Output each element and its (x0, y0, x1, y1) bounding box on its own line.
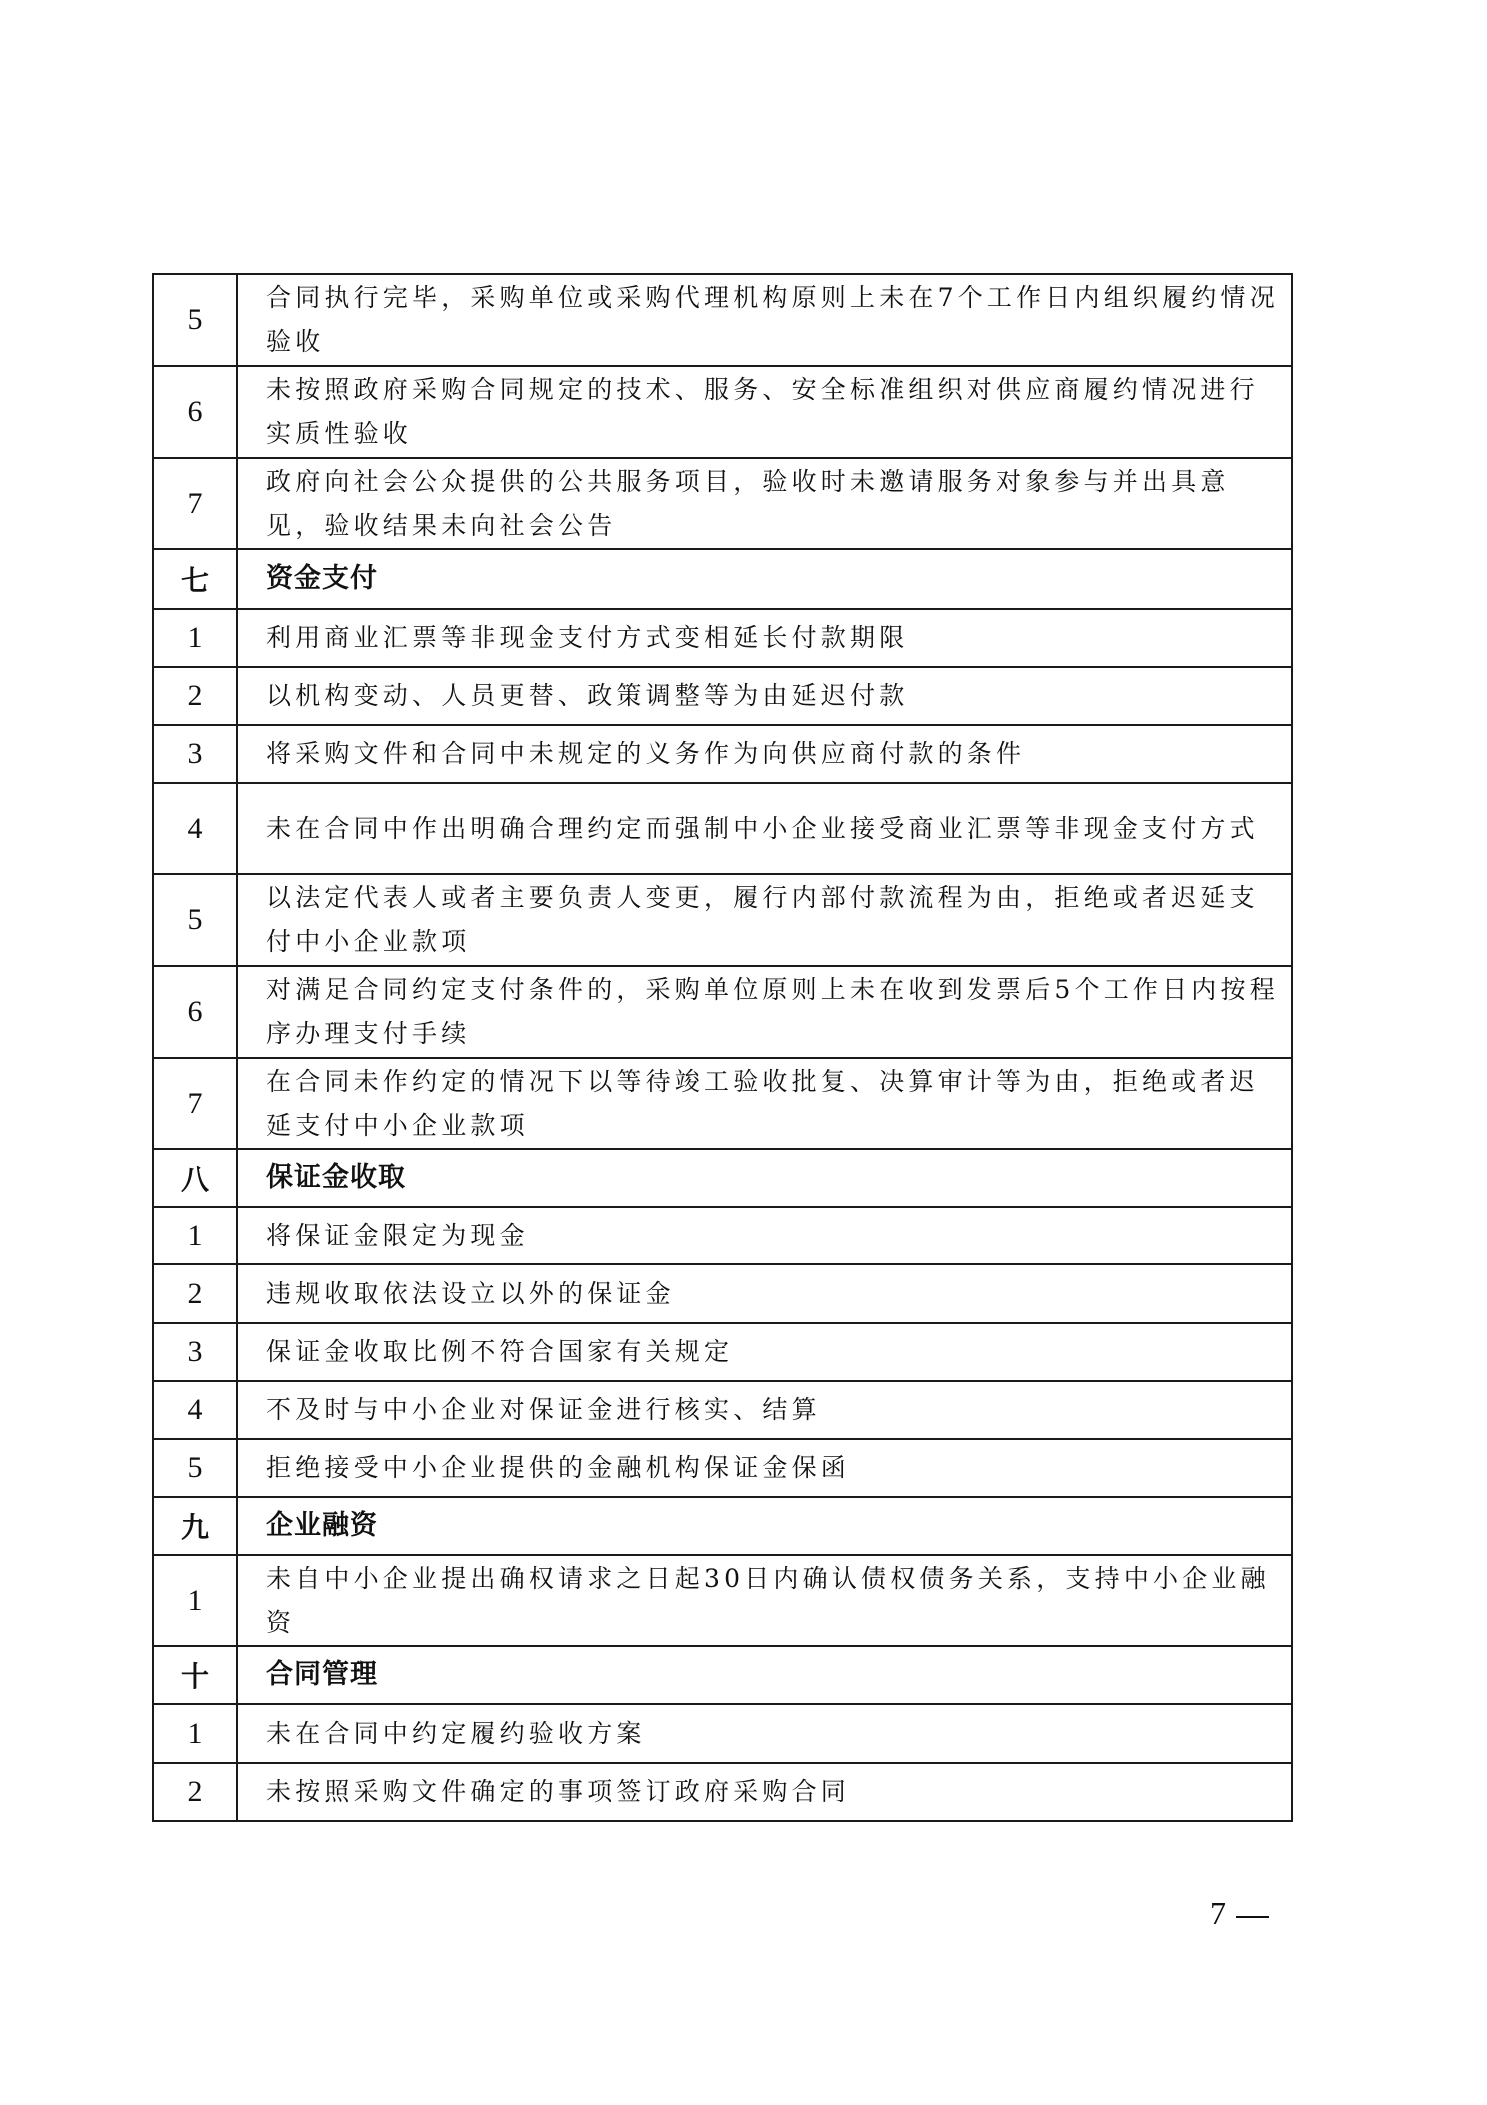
page-number-value: 7 (1210, 1895, 1226, 1931)
table-row: 2未按照采购文件确定的事项签订政府采购合同 (153, 1763, 1292, 1821)
page-number: 7 (1210, 1895, 1269, 1932)
section-header-row: 九企业融资 (153, 1497, 1292, 1555)
item-text: 未自中小企业提出确权请求之日起30日内确认债权债务关系，支持中小企业融资 (237, 1555, 1292, 1646)
item-text: 利用商业汇票等非现金支付方式变相延长付款期限 (237, 609, 1292, 667)
item-number: 6 (153, 366, 237, 458)
item-text: 未在合同中作出明确合理约定而强制中小企业接受商业汇票等非现金支付方式 (237, 783, 1292, 874)
item-text: 以机构变动、人员更替、政策调整等为由延迟付款 (237, 667, 1292, 725)
item-text: 不及时与中小企业对保证金进行核实、结算 (237, 1381, 1292, 1439)
item-number: 1 (153, 1704, 237, 1763)
item-text: 对满足合同约定支付条件的，采购单位原则上未在收到发票后5个工作日内按程序办理支付… (237, 966, 1292, 1058)
table-row: 5合同执行完毕，采购单位或采购代理机构原则上未在7个工作日内组织履约情况验收 (153, 274, 1292, 366)
item-number: 5 (153, 874, 237, 966)
item-text: 拒绝接受中小企业提供的金融机构保证金保函 (237, 1439, 1292, 1497)
item-text: 在合同未作约定的情况下以等待竣工验收批复、决算审计等为由，拒绝或者迟延支付中小企… (237, 1058, 1292, 1149)
section-header-row: 七资金支付 (153, 549, 1292, 609)
table-row: 7政府向社会公众提供的公共服务项目，验收时未邀请服务对象参与并出具意见，验收结果… (153, 458, 1292, 549)
section-number: 七 (153, 549, 237, 609)
table-row: 1未在合同中约定履约验收方案 (153, 1704, 1292, 1763)
table-row: 5以法定代表人或者主要负责人变更，履行内部付款流程为由，拒绝或者迟延支付中小企业… (153, 874, 1292, 966)
item-text: 未按照政府采购合同规定的技术、服务、安全标准组织对供应商履约情况进行实质性验收 (237, 366, 1292, 458)
item-number: 2 (153, 667, 237, 725)
section-title: 合同管理 (237, 1646, 1292, 1704)
item-number: 7 (153, 1058, 237, 1149)
table-row: 4不及时与中小企业对保证金进行核实、结算 (153, 1381, 1292, 1439)
table-row: 3将采购文件和合同中未规定的义务作为向供应商付款的条件 (153, 725, 1292, 783)
section-number: 九 (153, 1497, 237, 1555)
item-text: 合同执行完毕，采购单位或采购代理机构原则上未在7个工作日内组织履约情况验收 (237, 274, 1292, 366)
item-number: 5 (153, 274, 237, 366)
table-row: 2以机构变动、人员更替、政策调整等为由延迟付款 (153, 667, 1292, 725)
item-text: 未按照采购文件确定的事项签订政府采购合同 (237, 1763, 1292, 1821)
section-header-row: 八保证金收取 (153, 1149, 1292, 1207)
item-number: 1 (153, 609, 237, 667)
item-number: 1 (153, 1207, 237, 1264)
table-row: 6对满足合同约定支付条件的，采购单位原则上未在收到发票后5个工作日内按程序办理支… (153, 966, 1292, 1058)
table-row: 1未自中小企业提出确权请求之日起30日内确认债权债务关系，支持中小企业融资 (153, 1555, 1292, 1646)
item-number: 2 (153, 1763, 237, 1821)
item-number: 2 (153, 1264, 237, 1323)
table-row: 3保证金收取比例不符合国家有关规定 (153, 1323, 1292, 1381)
item-text: 保证金收取比例不符合国家有关规定 (237, 1323, 1292, 1381)
item-number: 1 (153, 1555, 237, 1646)
table-row: 2违规收取依法设立以外的保证金 (153, 1264, 1292, 1323)
table-row: 1将保证金限定为现金 (153, 1207, 1292, 1264)
item-number: 5 (153, 1439, 237, 1497)
item-text: 以法定代表人或者主要负责人变更，履行内部付款流程为由，拒绝或者迟延支付中小企业款… (237, 874, 1292, 966)
item-number: 4 (153, 783, 237, 874)
table-row: 7在合同未作约定的情况下以等待竣工验收批复、决算审计等为由，拒绝或者迟延支付中小… (153, 1058, 1292, 1149)
table-row: 1利用商业汇票等非现金支付方式变相延长付款期限 (153, 609, 1292, 667)
table-row: 4未在合同中作出明确合理约定而强制中小企业接受商业汇票等非现金支付方式 (153, 783, 1292, 874)
violation-checklist-table: 5合同执行完毕，采购单位或采购代理机构原则上未在7个工作日内组织履约情况验收6未… (152, 273, 1293, 1822)
item-number: 3 (153, 1323, 237, 1381)
table-row: 6未按照政府采购合同规定的技术、服务、安全标准组织对供应商履约情况进行实质性验收 (153, 366, 1292, 458)
item-text: 未在合同中约定履约验收方案 (237, 1704, 1292, 1763)
item-text: 将采购文件和合同中未规定的义务作为向供应商付款的条件 (237, 725, 1292, 783)
section-title: 资金支付 (237, 549, 1292, 609)
section-title: 企业融资 (237, 1497, 1292, 1555)
section-number: 十 (153, 1646, 237, 1704)
item-text: 违规收取依法设立以外的保证金 (237, 1264, 1292, 1323)
section-title: 保证金收取 (237, 1149, 1292, 1207)
item-text: 将保证金限定为现金 (237, 1207, 1292, 1264)
table-row: 5拒绝接受中小企业提供的金融机构保证金保函 (153, 1439, 1292, 1497)
item-number: 4 (153, 1381, 237, 1439)
item-text: 政府向社会公众提供的公共服务项目，验收时未邀请服务对象参与并出具意见，验收结果未… (237, 458, 1292, 549)
item-number: 3 (153, 725, 237, 783)
item-number: 7 (153, 458, 237, 549)
section-number: 八 (153, 1149, 237, 1207)
page-number-dash (1236, 1916, 1269, 1918)
document-page: 5合同执行完毕，采购单位或采购代理机构原则上未在7个工作日内组织履约情况验收6未… (0, 0, 1487, 2105)
item-number: 6 (153, 966, 237, 1058)
section-header-row: 十合同管理 (153, 1646, 1292, 1704)
